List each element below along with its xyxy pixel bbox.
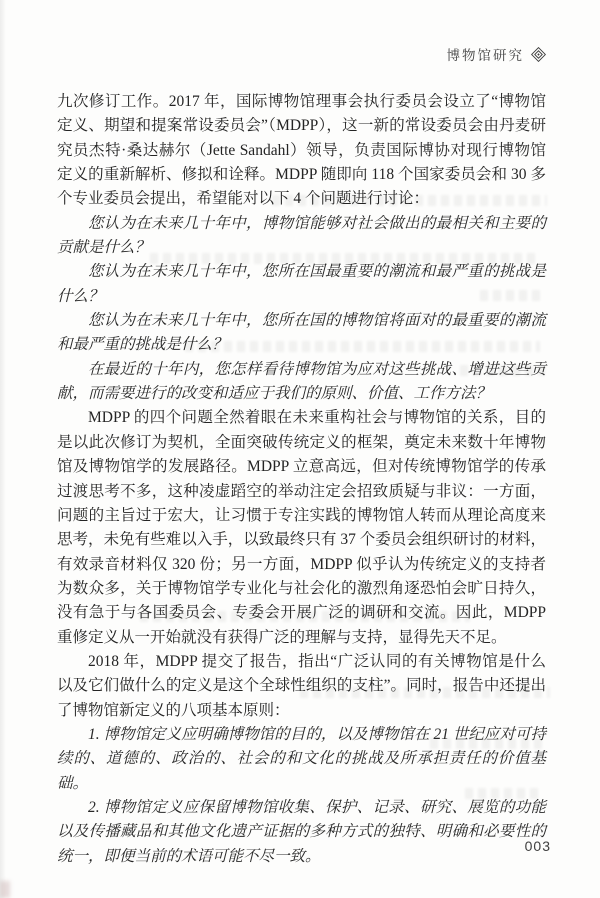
- question-paragraph-1: 您认为在未来几十年中，博物馆能够对社会做出的最相关和主要的贡献是什么？: [57, 212, 546, 261]
- question-paragraph-3: 您认为在未来几十年中，您所在国的博物馆将面对的最重要的潮流和最严重的挑战是什么？: [57, 309, 546, 358]
- nested-diamond-icon: [531, 47, 546, 62]
- page-body-text: 九次修订工作。2017 年，国际博物馆理事会执行委员会设立了“博物馆定义、期望和…: [57, 90, 546, 869]
- running-header: 博物馆研究: [447, 44, 547, 64]
- scan-corner-smudge: [0, 881, 10, 898]
- paragraph-mdpp-analysis: MDPP 的四个问题全然着眼在未来重构社会与博物馆的关系，目的是以此次修订为契机…: [57, 406, 546, 649]
- scanned-book-page: 博物馆研究 九次修订工作。2017 年，国际博物馆理事会执行委员会设立了“博物馆…: [0, 0, 600, 898]
- paragraph-continuation: 九次修订工作。2017 年，国际博物馆理事会执行委员会设立了“博物馆定义、期望和…: [57, 90, 546, 212]
- paragraph-2018-report: 2018 年，MDPP 提交了报告，指出“广泛认同的有关博物馆是什么以及它们做什…: [57, 650, 546, 723]
- running-header-title: 博物馆研究: [447, 44, 525, 64]
- scan-edge-shadow: [0, 0, 6, 898]
- principle-paragraph-2: 2. 博物馆定义应保留博物馆收集、保护、记录、研究、展览的功能以及传播藏品和其他…: [57, 796, 546, 869]
- question-paragraph-2: 您认为在未来几十年中，您所在国最重要的潮流和最严重的挑战是什么？: [57, 260, 546, 309]
- principle-paragraph-1: 1. 博物馆定义应明确博物馆的目的，以及博物馆在 21 世纪应对可持续的、道德的…: [57, 723, 546, 796]
- page-number: 003: [525, 838, 551, 854]
- question-paragraph-4: 在最近的十年内，您怎样看待博物馆为应对这些挑战、增进这些贡献，而需要进行的改变和…: [57, 358, 546, 407]
